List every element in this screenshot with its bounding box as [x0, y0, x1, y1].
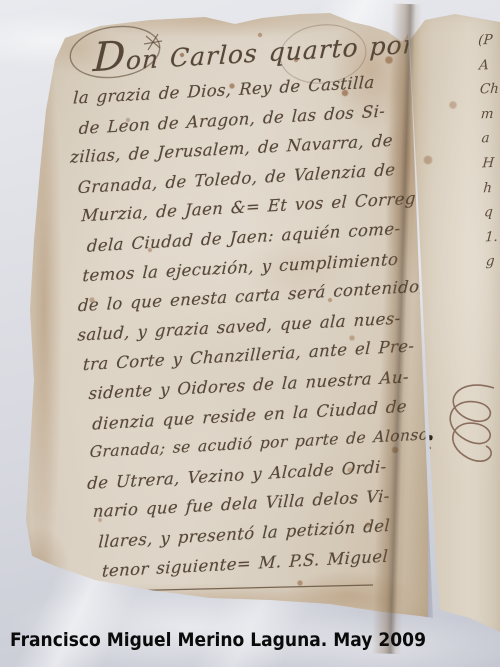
manuscript-photo: Don Carlos quarto por la grazia de Dios,… — [0, 0, 500, 667]
text-fragment: (P — [477, 28, 500, 53]
rubric-spiral-flourish — [450, 385, 494, 461]
text-fragment: H — [482, 151, 500, 176]
right-page-text-fragments: (P A Ch m a H h q 1. g — [478, 28, 500, 275]
text-fragment: q — [483, 200, 500, 225]
text-fragment: A — [478, 52, 500, 77]
text-fragment: a — [481, 126, 500, 151]
text-fragment: m — [480, 101, 500, 126]
closing-rule — [72, 585, 373, 592]
text-fragment: g — [485, 249, 500, 274]
binding-stitch-dot — [427, 446, 430, 449]
text-fragment: 1. — [484, 224, 500, 249]
photo-caption: Francisco Miguel Merino Laguna. May 2009 — [10, 629, 426, 651]
manuscript-page-left: Don Carlos quarto por la grazia de Dios,… — [18, 8, 428, 626]
text-fragment: Ch — [479, 77, 500, 102]
manuscript-text-block: Don Carlos quarto por la grazia de Dios,… — [62, 20, 426, 586]
text-fragment: h — [482, 175, 500, 200]
